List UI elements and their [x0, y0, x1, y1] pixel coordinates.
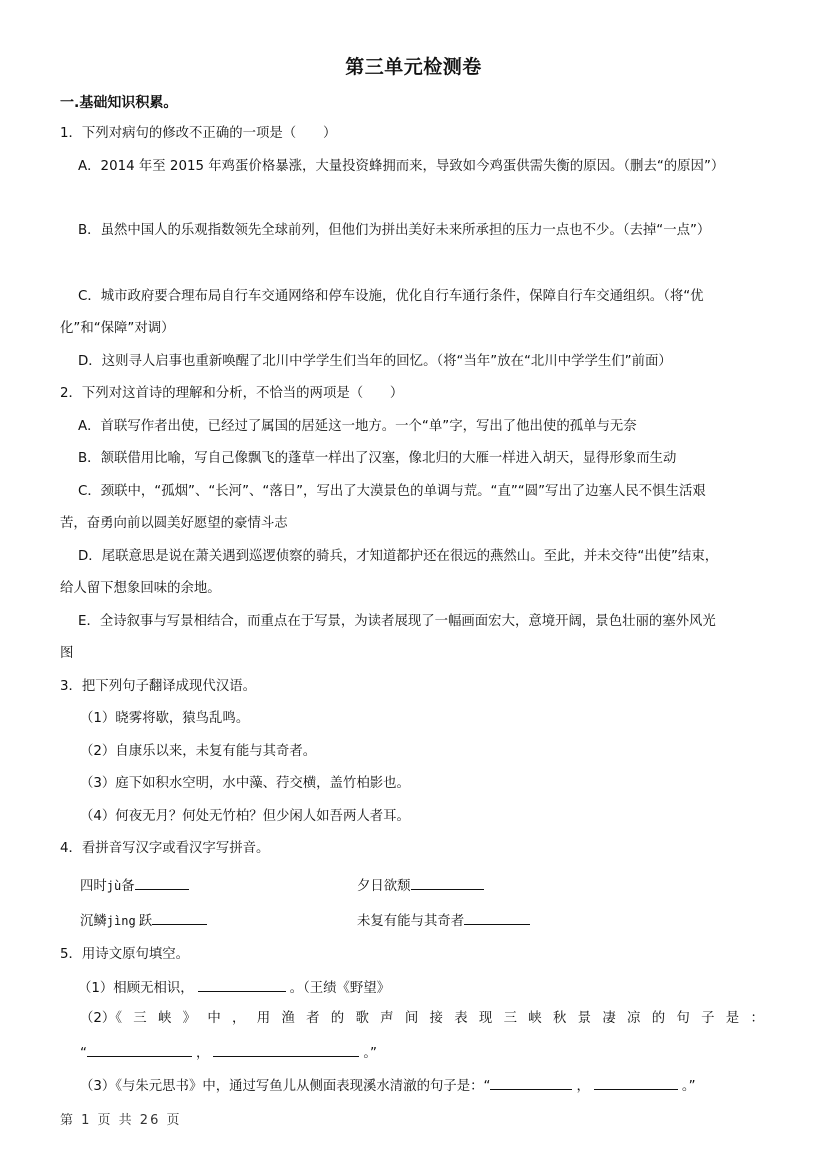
- item-prefix: （1）相顾无相识，: [78, 981, 194, 996]
- question-2-option-d-cont: 给人留下想象回味的余地。: [60, 580, 221, 598]
- item-suffix: 备: [121, 879, 134, 894]
- char: 接: [430, 1010, 443, 1028]
- char: 凄: [602, 1010, 615, 1028]
- question-4-stem: 4．看拼音写汉字或看汉字写拼音。: [60, 840, 269, 858]
- char: 的: [652, 1010, 665, 1028]
- answer-blank[interactable]: [411, 876, 484, 890]
- item-prefix: 沉鳞: [80, 914, 107, 929]
- question-1-option-d: D．这则寻人启事也重新唤醒了北川中学学生们当年的回忆。（将“当年”放在“北川中学…: [78, 353, 672, 371]
- question-4-item-2: 夕日欲颓: [357, 876, 484, 896]
- char: ：: [750, 1010, 763, 1028]
- question-2-stem: 2．下列对这首诗的理解和分析，不恰当的两项是（ ）: [60, 385, 403, 403]
- question-2-option-c: C．颈联中，“孤烟”、“长河”、“落日”，写出了大漠景色的单调与荒。“直”“圆”…: [78, 483, 706, 501]
- question-1-stem: 1．下列对病句的修改不正确的一项是（ ）: [60, 125, 336, 143]
- char: 秋: [553, 1010, 566, 1028]
- question-5-stem: 5．用诗文原句填空。: [60, 946, 189, 964]
- comma: ，: [196, 1046, 209, 1061]
- question-4-item-1: 四时jù备: [80, 876, 189, 896]
- exam-page: 第三单元检测卷 一.基础知识积累。 1．下列对病句的修改不正确的一项是（ ） A…: [0, 0, 827, 1169]
- char: 的: [331, 1010, 344, 1028]
- question-1-option-a: A．2014 年至 2015 年鸡蛋价格暴涨，大量投资蜂拥而来，导致如今鸡蛋供需…: [78, 158, 724, 176]
- char: 凉: [627, 1010, 640, 1028]
- close-quote: 。”: [682, 1079, 696, 1094]
- question-3-stem: 3．把下列句子翻译成现代汉语。: [60, 678, 256, 696]
- item-prefix: 夕日欲颓: [357, 879, 411, 894]
- page-title: 第三单元检测卷: [0, 52, 827, 79]
- question-4-item-3: 沉鳞jìng跃: [80, 911, 207, 931]
- char: 三: [133, 1010, 146, 1028]
- answer-blank[interactable]: [594, 1076, 678, 1090]
- char: 景: [578, 1010, 591, 1028]
- char: ，: [232, 1010, 245, 1028]
- section-heading: 一.基础知识积累。: [60, 94, 177, 112]
- char: 表: [454, 1010, 467, 1028]
- answer-blank[interactable]: [490, 1076, 572, 1090]
- question-2-option-e: E．全诗叙事与写景相结合，而重点在于写景，为读者展现了一幅画面宏大，意境开阔，景…: [78, 613, 716, 631]
- pinyin: jìng: [107, 914, 136, 928]
- question-1-option-c: C．城市政府要合理布局自行车交通网络和停车设施，优化自行车通行条件，保障自行车交…: [78, 288, 704, 306]
- item-prefix: 未复有能与其奇者: [357, 914, 464, 929]
- question-5-item-2-blanks: “，。”: [80, 1043, 377, 1063]
- char: 间: [405, 1010, 418, 1028]
- answer-blank[interactable]: [152, 911, 207, 925]
- answer-blank[interactable]: [213, 1043, 359, 1057]
- question-1-option-b: B．虽然中国人的乐观指数领先全球前列，但他们为拼出美好未来所承担的压力一点也不少…: [78, 222, 710, 240]
- char: 》: [183, 1010, 196, 1028]
- comma: ，: [576, 1079, 589, 1094]
- char: 歌: [355, 1010, 368, 1028]
- question-2-option-e-cont: 图: [60, 645, 73, 663]
- char: 子: [701, 1010, 714, 1028]
- question-2-option-c-cont: 苦，奋勇向前以圆美好愿望的豪情斗志: [60, 515, 288, 533]
- question-2-option-b: B．颔联借用比喻，写自己像飘飞的蓬草一样出了汉塞，像北归的大雁一样进入胡天，显得…: [78, 450, 676, 468]
- pinyin: jù: [107, 879, 121, 893]
- answer-blank[interactable]: [87, 1043, 192, 1057]
- char: 峡: [158, 1010, 171, 1028]
- char: （2）《: [80, 1010, 122, 1028]
- question-5-item-1: （1）相顾无相识，。（王绩《野望》: [78, 978, 390, 998]
- char: 峡: [528, 1010, 541, 1028]
- char: 现: [479, 1010, 492, 1028]
- question-3-item-4: （4）何夜无月？何处无竹柏？但少闲人如吾两人者耳。: [80, 808, 410, 826]
- char: 句: [676, 1010, 689, 1028]
- question-1-option-c-cont: 化”和“保障”对调）: [60, 320, 175, 338]
- char: 渔: [281, 1010, 294, 1028]
- char: 三: [504, 1010, 517, 1028]
- question-2-option-d: D．尾联意思是说在萧关遇到巡逻侦察的骑兵，才知道都护还在很远的燕然山。至此，并未…: [78, 548, 718, 566]
- answer-blank[interactable]: [135, 876, 189, 890]
- question-3-item-1: （1）晓雾将歇，猿鸟乱鸣。: [80, 710, 249, 728]
- item-prefix: 四时: [80, 879, 107, 894]
- answer-blank[interactable]: [464, 911, 530, 925]
- char: 声: [380, 1010, 393, 1028]
- question-2-option-a: A．首联写作者出使，已经过了属国的居延这一地方。一个“单”字，写出了他出使的孤单…: [78, 418, 637, 436]
- question-4-item-4: 未复有能与其奇者: [357, 911, 530, 931]
- open-quote: “: [80, 1046, 87, 1061]
- question-3-item-2: （2）自康乐以来，未复有能与其奇者。: [80, 743, 316, 761]
- char: 是: [726, 1010, 739, 1028]
- char: 中: [207, 1010, 220, 1028]
- question-5-item-3: （3）《与朱元思书》中，通过写鱼儿从侧面表现溪水清澈的句子是：“，。”: [80, 1076, 696, 1096]
- answer-blank[interactable]: [198, 978, 286, 992]
- question-3-item-3: （3）庭下如积水空明，水中藻、荇交横，盖竹柏影也。: [80, 775, 410, 793]
- page-footer: 第 1 页 共 26 页: [60, 1109, 181, 1128]
- question-5-item-2: （2）《 三 峡 》 中 ， 用 渔 者 的 歌 声 间 接 表 现 三 峡 秋…: [80, 1010, 764, 1028]
- item-suffix: 跃: [139, 914, 152, 929]
- close-quote: 。”: [363, 1046, 377, 1061]
- item-suffix: 。（王绩《野望》: [290, 981, 390, 996]
- char: 者: [306, 1010, 319, 1028]
- item-prefix: （3）《与朱元思书》中，通过写鱼儿从侧面表现溪水清澈的句子是：“: [80, 1079, 490, 1094]
- char: 用: [257, 1010, 270, 1028]
